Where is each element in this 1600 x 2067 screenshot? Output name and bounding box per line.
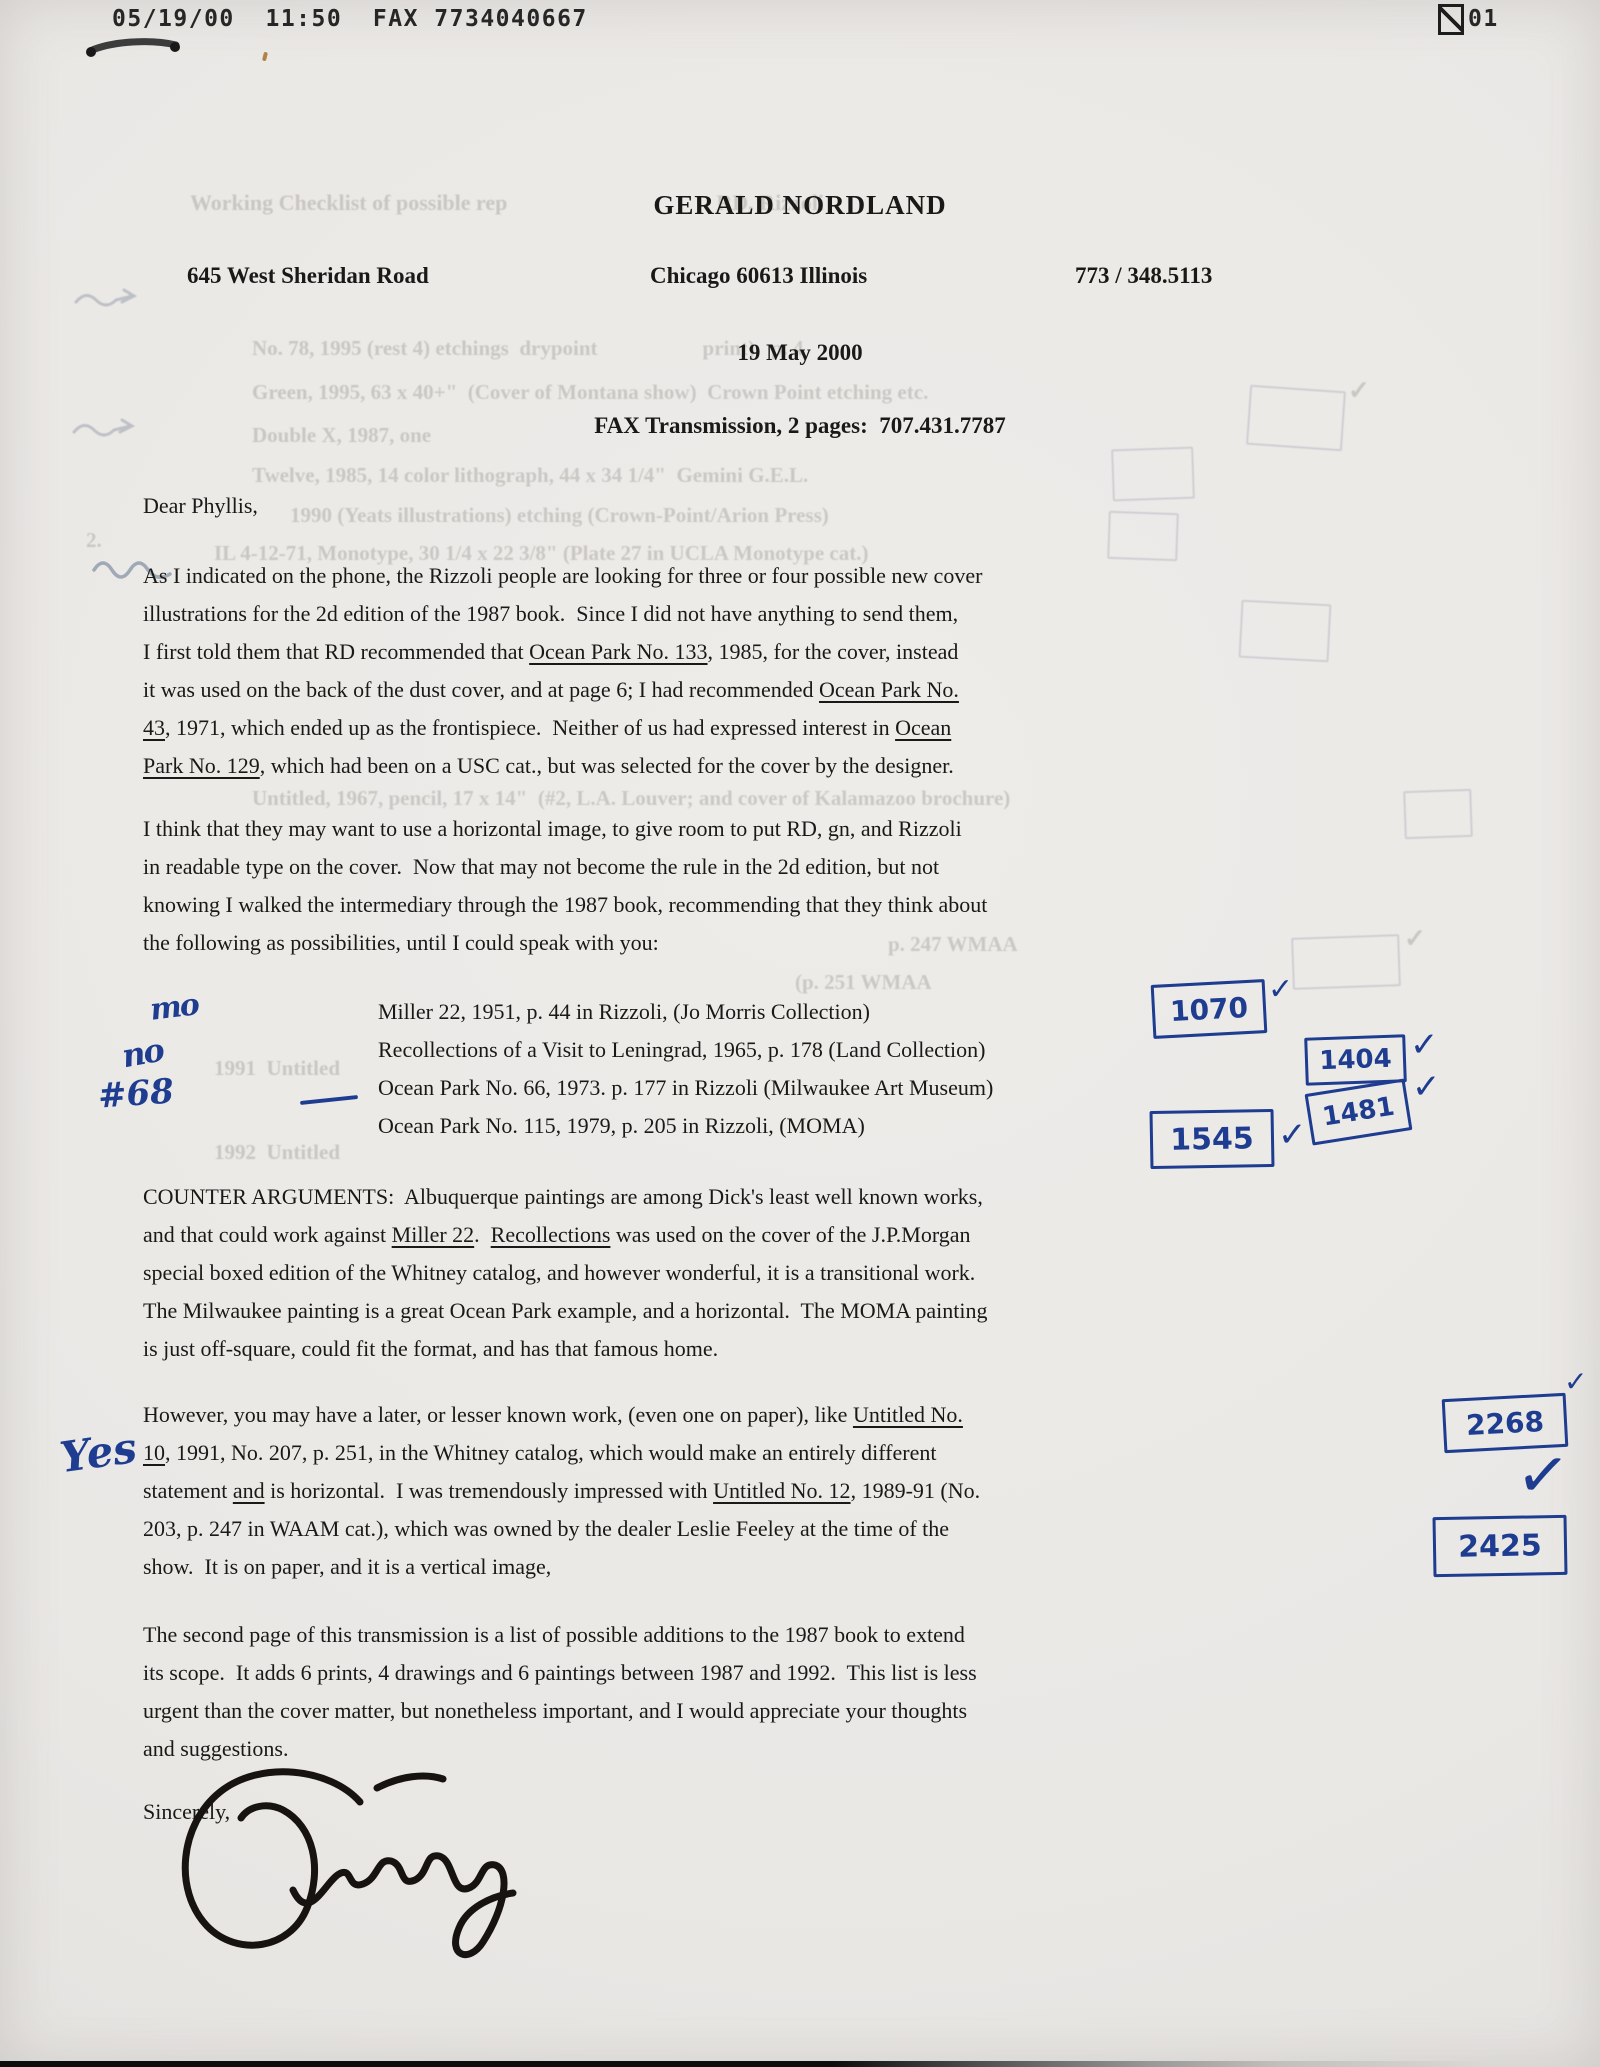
bleedthrough-line: 1991 Untitled — [214, 1056, 340, 1081]
handwritten-yes-note: Yes — [57, 1423, 140, 1482]
candidate-list: Miller 22, 1951, p. 44 in Rizzoli, (Jo M… — [378, 993, 993, 1145]
checkmark: ✓ — [1564, 1368, 1587, 1396]
handwritten-mark-no: no — [119, 1031, 166, 1075]
bleedthrough-box — [1239, 600, 1332, 663]
fax-page-scan: 05/19/00 11:50 FAX 7734040667 01 Working… — [0, 0, 1600, 2067]
paragraph-2: I think that they may want to use a hori… — [143, 810, 987, 962]
ref-number-box-1481: 1481 — [1305, 1078, 1413, 1145]
paragraph-1: As I indicated on the phone, the Rizzoli… — [143, 557, 982, 785]
handwritten-dash — [300, 1095, 358, 1105]
ref-number-box-1070: 1070 — [1151, 979, 1268, 1039]
bleedthrough-box — [1107, 511, 1179, 561]
paragraph-however: However, you may have a later, or lesser… — [143, 1396, 980, 1586]
bleedthrough-box — [1291, 934, 1401, 990]
checkmark: ✓ — [1268, 975, 1293, 1005]
letter-date: 19 May 2000 — [0, 340, 1600, 366]
fax-transmission-line: FAX Transmission, 2 pages: 707.431.7787 — [0, 413, 1600, 439]
letterhead-address: 645 West Sheridan Road — [187, 263, 429, 289]
ref-number-box-1404: 1404 — [1304, 1034, 1407, 1085]
bleedthrough-line: Untitled, 1967, pencil, 17 x 14" (#2, L.… — [252, 786, 1010, 811]
ref-number-box-2425: 2425 — [1432, 1515, 1567, 1577]
checkmark: ✓ — [1513, 1441, 1573, 1510]
bleedthrough-line: 2. — [86, 528, 102, 553]
bleedthrough-line: 1992 Untitled — [214, 1140, 340, 1165]
signature-jerry — [125, 1740, 575, 1980]
checkmark: ✓ — [1278, 1118, 1307, 1152]
letterhead-phone: 773 / 348.5113 — [1075, 263, 1212, 289]
fax-page-counter: 01 — [1438, 4, 1499, 35]
scan-edge-strip — [0, 2061, 1600, 2067]
letterhead-name: GERALD NORDLAND — [0, 190, 1600, 221]
salutation: Dear Phyllis, — [143, 487, 258, 525]
bleedthrough-line: 1990 (Yeats illustrations) etching (Crow… — [290, 503, 829, 528]
handwritten-mark-mo: mo — [148, 987, 200, 1028]
paper-speck — [262, 52, 268, 62]
bleedthrough-line: Green, 1995, 63 x 40+" (Cover of Montana… — [252, 380, 928, 405]
bleedthrough-box — [1403, 789, 1473, 839]
bleedthrough-check: ✓ — [1404, 924, 1426, 954]
handwritten-mark-68: #68 — [97, 1071, 175, 1116]
bleedthrough-line: (p. 251 WMAA — [795, 970, 932, 995]
bleedthrough-check: ✓ — [1348, 376, 1370, 406]
fax-header-line: 05/19/00 11:50 FAX 7734040667 — [112, 6, 588, 32]
staple-mark — [82, 32, 186, 62]
checkmark: ✓ — [1412, 1070, 1441, 1104]
ref-number-box-1545: 1545 — [1150, 1109, 1275, 1169]
fax-page-icon — [1438, 4, 1464, 35]
fax-page-number: 01 — [1468, 6, 1499, 32]
letterhead-city: Chicago 60613 Illinois — [650, 263, 867, 289]
checkmark: ✓ — [1410, 1028, 1439, 1062]
ghost-arrow-mark — [72, 286, 138, 312]
bleedthrough-line: Twelve, 1985, 14 color lithograph, 44 x … — [252, 463, 808, 488]
bleedthrough-box — [1111, 447, 1195, 502]
paragraph-counter-arguments: COUNTER ARGUMENTS: Albuquerque paintings… — [143, 1178, 988, 1368]
